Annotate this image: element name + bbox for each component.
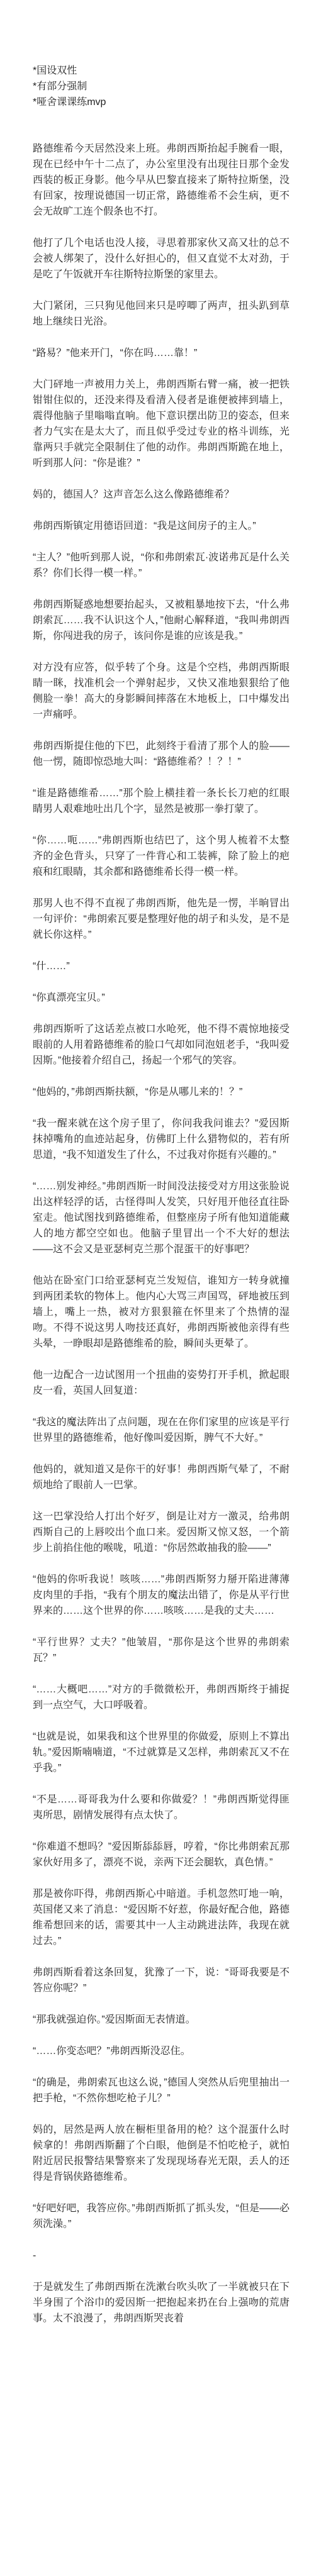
paragraph: 对方没有应答，似乎转了个身。这是个空档，弗朗西斯眼睛一眯，找准机会一个弹射起步，… [33, 660, 289, 723]
paragraph: 妈的，德国人？这声音怎么这么像路德维希？ [33, 487, 289, 502]
paragraph: “好吧好吧，我答应你。”弗朗西斯抓了抓头发，“但是——必须洗澡。” [33, 2201, 289, 2232]
paragraph: 这一巴掌没给人打出个好歹，倒是让对方一激灵，给弗朗西斯自己的上唇咬出个血口来。爱… [33, 1509, 289, 1556]
paragraph: 他站在卧室门口给亚瑟柯克兰发短信，谁知方一转身就撞到两团柔软的物体上。他内心大骂… [33, 1273, 289, 1352]
paragraph: 那男人也不得不直视了弗朗西斯，他先是一愣，半晌冒出一句评价：“弗朗索瓦要是整理好… [33, 896, 289, 943]
paragraph: 妈的，居然是两人放在橱柜里备用的枪？这个混蛋什么时候拿的！弗朗西斯翻了个白眼，他… [33, 2122, 289, 2185]
paragraph: “平行世界？丈夫？”他皱眉，“那你是这个世界的弗朗索瓦？” [33, 1635, 289, 1666]
paragraph: “……大概吧……”对方的手微微松开，弗朗西斯终于捕捉到一点空气，大口呼吸着。 [33, 1682, 289, 1713]
tag-line: *哑舍课课练mvp [33, 94, 289, 110]
paragraph: 弗朗西斯听了这话差点被口水呛死，他不得不震惊地接受眼前的人用着路德维希的脸口气却… [33, 1021, 289, 1069]
paragraph: 弗朗西斯看着这条回复，犹豫了一下，说：“哥哥我要是不答应你呢？” [33, 1965, 289, 1996]
paragraph: 弗朗西斯提住他的下巴，此刻终于看清了那个人的脸——他一愣，随即惊恐地大叫：“路德… [33, 738, 289, 770]
paragraph: “路易？”他来开门，“你在吗……靠！” [33, 345, 289, 361]
paragraph: “也就是说，如果我和这个世界里的你做爱，原则上不算出轨。”爱因斯喃喃道，“不过就… [33, 1729, 289, 1776]
document-page: *国设双性*有部分强制*哑舍课课练mvp 路德维希今天居然没来上班。弗朗西斯抬起… [0, 0, 326, 2367]
paragraph: “你真漂亮宝贝。” [33, 990, 289, 1006]
paragraph: 弗朗西斯镇定用德语回道：“我是这间房子的主人。” [33, 518, 289, 534]
paragraph: “他妈的你听我说！咳咳……”弗朗西斯努力掰开陷进薄薄皮肉里的手指，“我有个朋友的… [33, 1572, 289, 1619]
paragraph: “谁是路德维希……”那个脸上横挂着一条长长刀疤的红眼睛男人艰难地吐出几个字，显然… [33, 786, 289, 817]
paragraph: 他打了几个电话也没人接，寻思着那家伙又高又壮的总不会被人绑架了，没什么好担心的，… [33, 235, 289, 282]
header-tags: *国设双性*有部分强制*哑舍课课练mvp [33, 63, 289, 110]
paragraph: “什……” [33, 958, 289, 974]
paragraph: 路德维希今天居然没来上班。弗朗西斯抬起手腕看一眼，现在已经中午十二点了，办公室里… [33, 141, 289, 219]
paragraph: 他妈的，就知道又是你干的好事！弗朗西斯气晕了，不耐烦地给了眼前人一巴掌。 [33, 1462, 289, 1493]
paragraph: “我一醒来就在这个房子里了，你问我我问谁去？”爱因斯抹掉嘴角的血迹站起身，仿佛盯… [33, 1116, 289, 1163]
paragraph: 他一边配合一边试图用一个扭曲的姿势打开手机，掀起眼皮一看，英国人回复道： [33, 1367, 289, 1399]
tag-line: *国设双性 [33, 63, 289, 79]
tag-line: *有部分强制 [33, 79, 289, 94]
paragraph: “我这的魔法阵出了点问题，现在在你们家里的应该是平行世界里的路德维希，他好像叫爱… [33, 1414, 289, 1446]
paragraph: “你……呃……”弗朗西斯也结巴了，这个男人梳着不太整齐的金色背头，只穿了一件背心… [33, 833, 289, 880]
paragraph: “……别发神经。”弗朗西斯一时间没法接受对方用这张脸说出这样轻浮的话，古怪得叫人… [33, 1179, 289, 1257]
paragraph: “……你变态吧？”弗朗西斯没忍住。 [33, 2043, 289, 2059]
paragraph: 大门砰地一声被用力关上，弗朗西斯右臂一痛，被一把铁钳钳住似的，还没来得及看清入侵… [33, 377, 289, 471]
paragraph: 弗朗西斯疑惑地想要抬起头，又被粗暴地按下去，“什么弗朗索瓦……我不认识这个人，”… [33, 597, 289, 644]
story-body: 路德维希今天居然没来上班。弗朗西斯抬起手腕看一眼，现在已经中午十二点了，办公室里… [33, 141, 289, 2326]
paragraph: 大门紧闭，三只狗见他回来只是哼唧了两声，扭头趴到草地上继续日光浴。 [33, 298, 289, 330]
paragraph: “不是……哥哥我为什么要和你做爱？！”弗朗西斯觉得匪夷所思，剧情发展得有点太快了… [33, 1792, 289, 1823]
paragraph: 于是就发生了弗朗西斯在洗漱台吹头吹了一半就被只在下半身围了个浴巾的爱因斯一把抱起… [33, 2279, 289, 2326]
paragraph: “那我就强迫你。”爱因斯面无表情道。 [33, 2012, 289, 2028]
paragraph: “他妈的，”弗朗西斯扶额，“你是从哪儿来的！？” [33, 1084, 289, 1100]
paragraph: - [33, 2248, 289, 2263]
paragraph: “你难道不想吗？”爱因斯舔舔唇，哼着，“你比弗朗索瓦那家伙好用多了，漂亮不说，亲… [33, 1839, 289, 1870]
paragraph: 那是被你吓得，弗朗西斯心中暗道。手机忽然叮地一响，英国佬又来了消息：“爱因斯不好… [33, 1886, 289, 1949]
paragraph: “主人？”他听到那人说，“你和弗朗索瓦·波诺弗瓦是什么关系？你们长得一模一样。” [33, 550, 289, 581]
paragraph: “的确是，弗朗索瓦也这么说，”德国人突然从后兜里抽出一把手枪，“不然你想吃枪子儿… [33, 2075, 289, 2106]
